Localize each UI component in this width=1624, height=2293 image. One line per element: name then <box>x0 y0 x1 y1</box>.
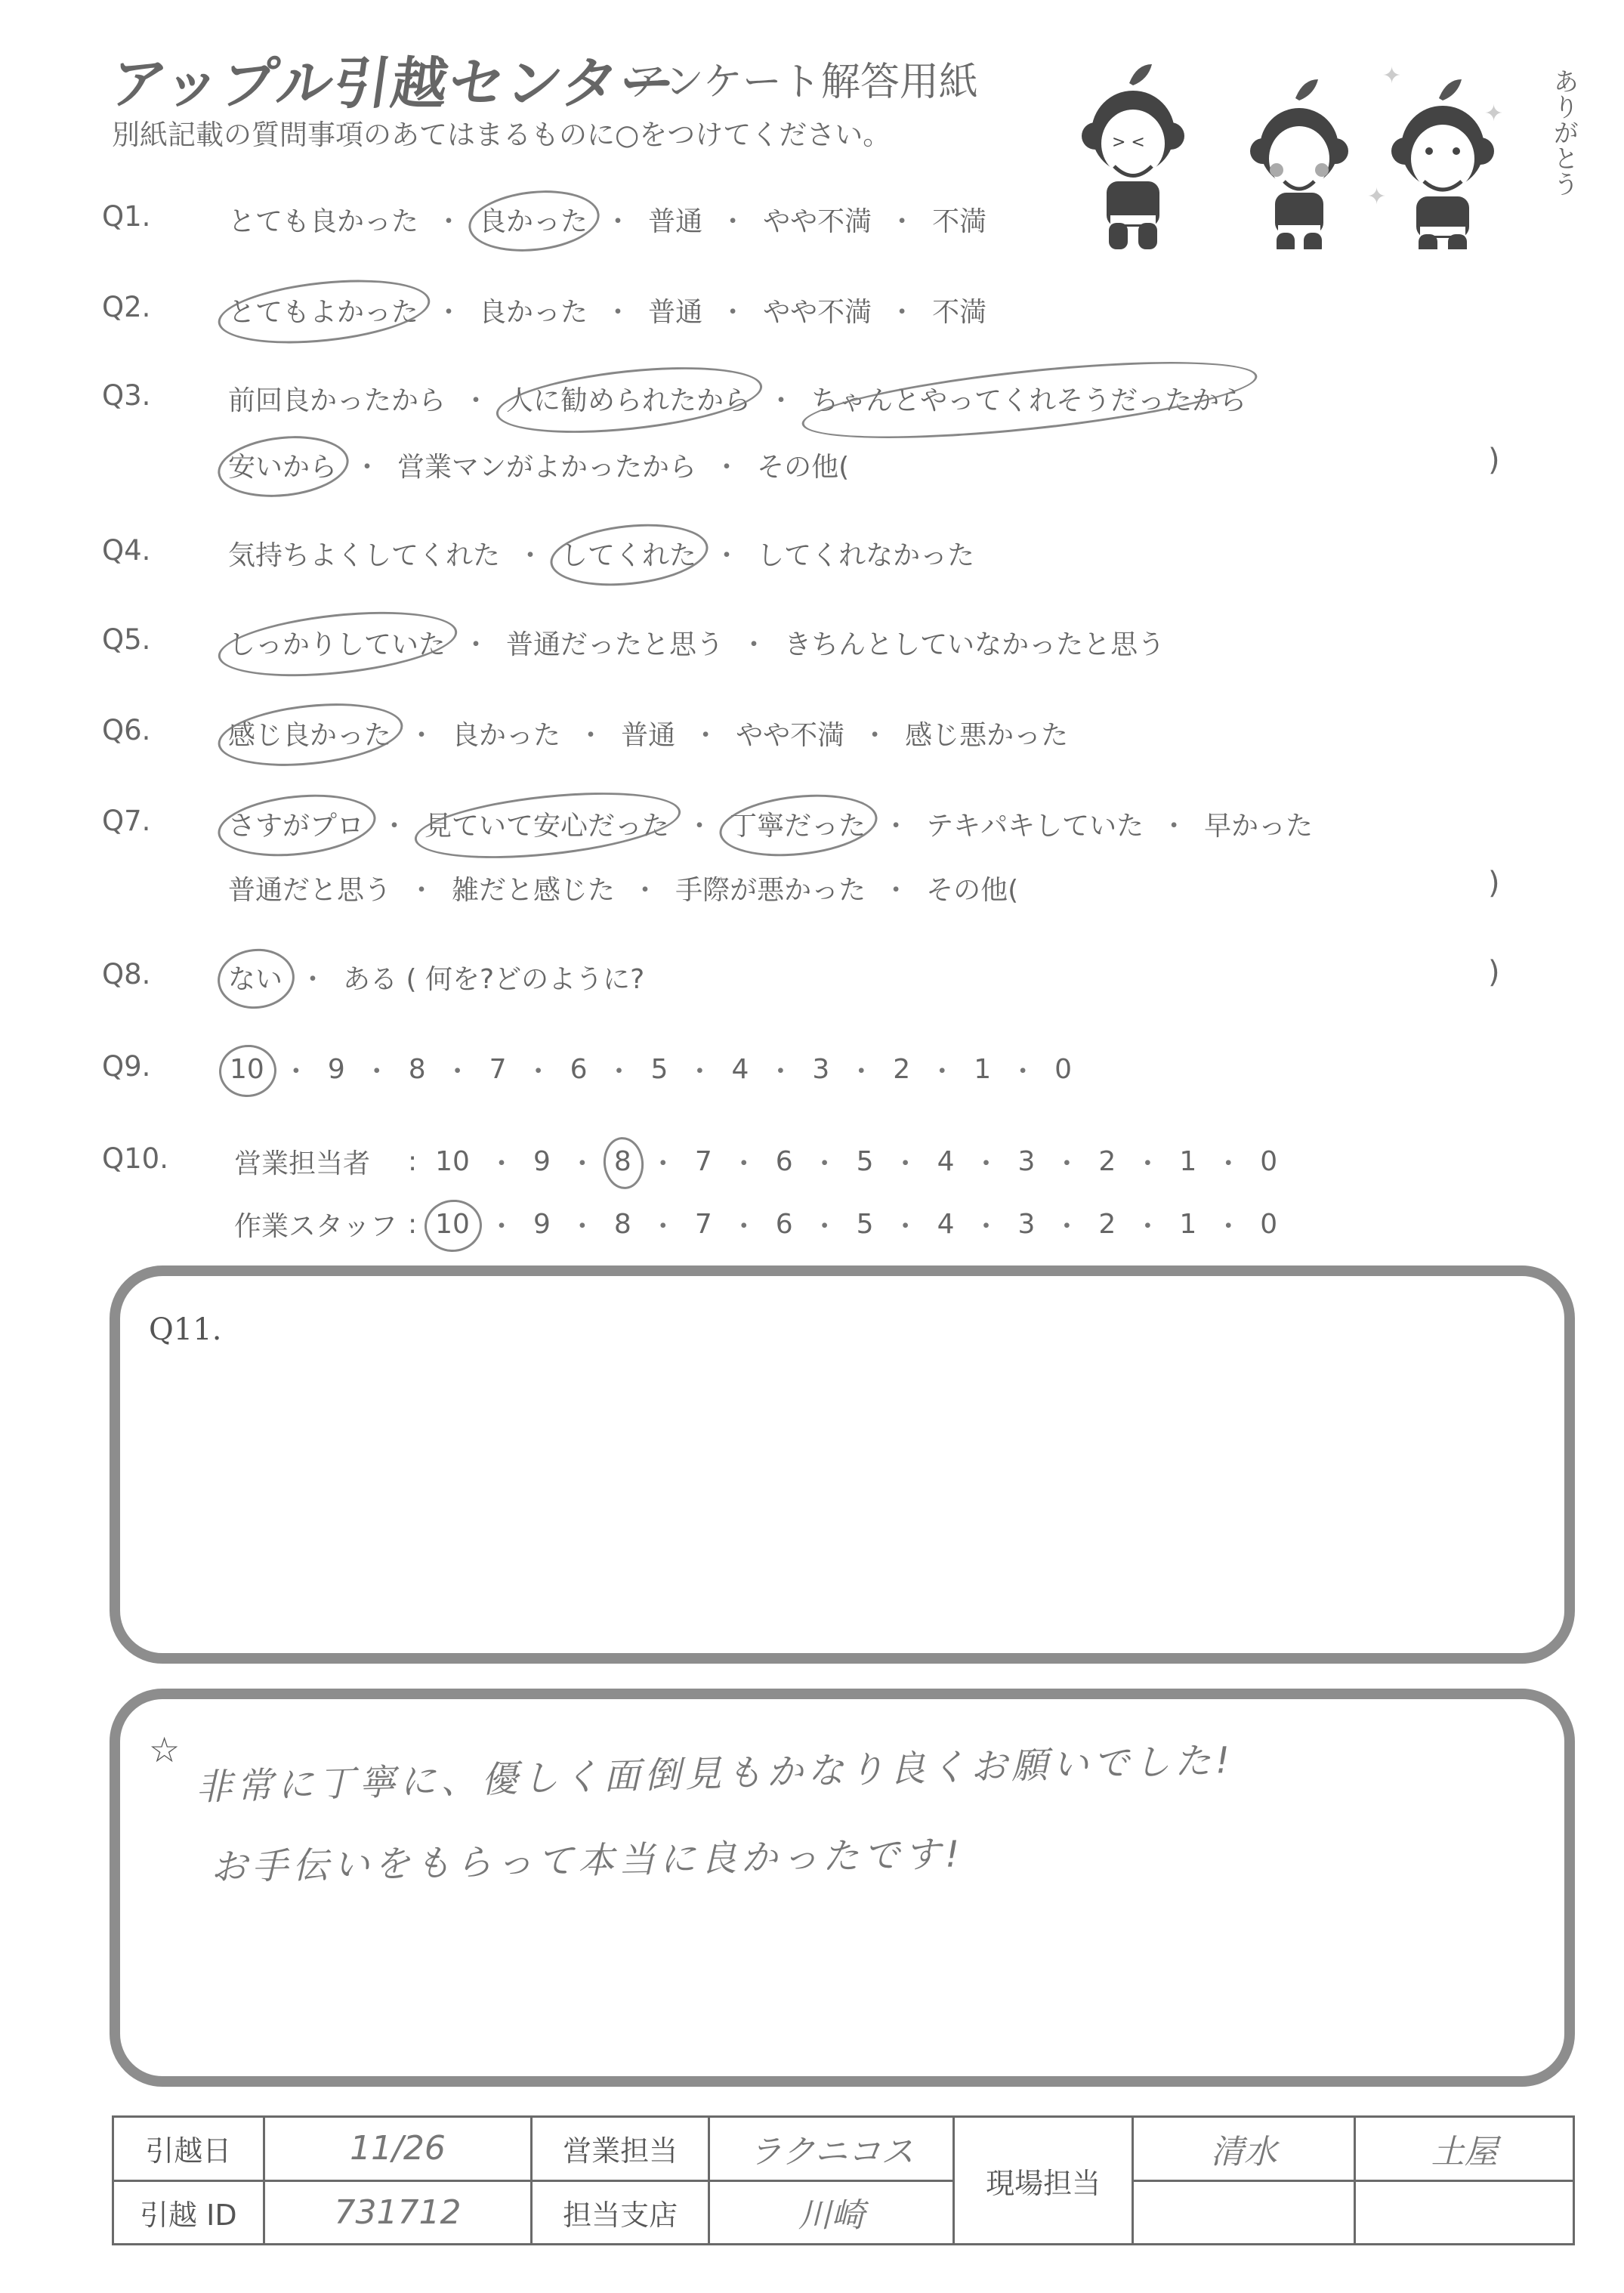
q8-label: Q8. <box>102 958 150 990</box>
q5-label: Q5. <box>102 623 150 656</box>
q6-options-row: 感じ良かった・良かった・普通・やや不満・感じ悪かった <box>225 714 1071 752</box>
sales-rep-value[interactable]: ラクニコス <box>709 2117 953 2181</box>
field-staff-3[interactable] <box>1132 2180 1355 2245</box>
score-option[interactable]: 1 <box>1176 1209 1199 1240</box>
separator-dot: ・ <box>861 714 888 752</box>
q7-options-row: さすがプロ・見ていて安心だった・丁寧だった・テキパキしていた・早かった <box>225 805 1316 843</box>
answer-option[interactable]: 良かった <box>449 714 563 752</box>
comment-line-1: 非常に丁寧に、優しく面倒見もかなり良くお願いでした! <box>195 1731 1235 1810</box>
answer-option[interactable]: 感じ悪かった <box>902 714 1071 752</box>
score-option[interactable]: 2 <box>890 1054 913 1085</box>
scale-target-label: 作業スタッフ <box>234 1205 408 1244</box>
q7-label: Q7. <box>102 805 150 837</box>
info-table: 引越日 11/26 営業担当 ラクニコス 現場担当 清水 土屋 引越 ID 73… <box>112 2115 1575 2245</box>
score-option[interactable]: 6 <box>773 1209 796 1240</box>
score-option[interactable]: 2 <box>1095 1146 1119 1177</box>
q3-options-row: 安いから・営業マンがよかったから・その他( <box>225 446 852 484</box>
sparkle-icon: ✦ <box>1484 100 1503 127</box>
answer-option[interactable]: 感じ良かった <box>225 714 394 752</box>
separator-dot: ・ <box>408 714 435 752</box>
score-option[interactable]: 1 <box>1176 1146 1199 1177</box>
score-option[interactable]: 10 <box>227 1054 267 1085</box>
answer-option[interactable]: 人に勧められたから <box>503 379 754 418</box>
answer-option[interactable]: その他( <box>923 869 1021 907</box>
q3-label: Q3. <box>102 379 150 412</box>
score-option[interactable]: 7 <box>692 1146 715 1177</box>
q6-label: Q6. <box>102 714 150 746</box>
score-option[interactable]: 8 <box>406 1054 429 1085</box>
separator-dot: ・ <box>444 1050 471 1089</box>
answer-option[interactable]: 普通だと思う <box>225 869 394 907</box>
close-paren: ) <box>1488 443 1500 477</box>
answer-option[interactable]: 安いから <box>225 446 340 484</box>
score-option[interactable]: 5 <box>854 1209 877 1240</box>
answer-option[interactable]: とてもよかった <box>225 291 421 329</box>
field-staff-2[interactable]: 土屋 <box>1355 2117 1574 2181</box>
separator-dot: ・ <box>719 200 746 239</box>
answer-option[interactable]: 良かった <box>476 291 591 329</box>
answer-option[interactable]: やや不満 <box>760 291 875 329</box>
answer-option[interactable]: 不満 <box>929 291 990 329</box>
separator-dot: ・ <box>435 200 462 239</box>
separator-dot: ・ <box>525 1050 552 1089</box>
q4-label: Q4. <box>102 534 150 567</box>
score-option[interactable]: 6 <box>773 1146 796 1177</box>
separator-dot: ・ <box>569 1205 596 1244</box>
score-option[interactable]: 3 <box>809 1054 832 1085</box>
separator-dot: ・ <box>892 1205 919 1244</box>
close-paren: ) <box>1488 866 1500 901</box>
separator-dot: ・ <box>928 1050 956 1089</box>
separator-dot: ・ <box>767 379 795 418</box>
q2-options-row: とてもよかった・良かった・普通・やや不満・不満 <box>225 291 990 329</box>
score-option[interactable]: 9 <box>325 1054 348 1085</box>
scale-target-label: 営業担当者 <box>234 1142 408 1181</box>
answer-option[interactable]: 不満 <box>929 200 990 239</box>
sparkle-icon: ✦ <box>1367 184 1386 210</box>
separator-dot: ・ <box>740 623 767 662</box>
comment-line-2: お手伝いをもらって本当に良かったです! <box>210 1825 964 1890</box>
separator-dot: ・ <box>650 1205 677 1244</box>
separator-dot: ・ <box>719 291 746 329</box>
separator-dot: ・ <box>517 534 544 573</box>
separator-dot: ・ <box>848 1050 875 1089</box>
separator-dot: ・ <box>882 869 909 907</box>
answer-option[interactable]: してくれなかった <box>754 534 977 573</box>
separator-dot: ・ <box>1160 805 1187 843</box>
separator-dot: ・ <box>488 1142 515 1181</box>
colon: : <box>408 1209 417 1240</box>
answer-option[interactable]: 気持ちよくしてくれた <box>225 534 503 573</box>
score-option[interactable]: 7 <box>692 1209 715 1240</box>
colon: : <box>408 1146 417 1177</box>
q10-label: Q10. <box>102 1142 168 1175</box>
separator-dot: ・ <box>882 805 909 843</box>
score-option[interactable]: 3 <box>1015 1209 1039 1240</box>
answer-option[interactable]: やや不満 <box>760 200 875 239</box>
q3-options-row: 前回良かったから・人に勧められたから・ちゃんとやってくれそうだったから <box>225 379 1249 418</box>
separator-dot: ・ <box>299 958 326 997</box>
answer-option[interactable]: ちゃんとやってくれそうだったから <box>808 379 1249 418</box>
answer-option[interactable]: その他( <box>754 446 852 484</box>
answer-option[interactable]: 手際が悪かった <box>672 869 869 907</box>
close-paren: ) <box>1488 955 1500 990</box>
separator-dot: ・ <box>888 291 915 329</box>
answer-option[interactable]: さすがプロ <box>225 805 367 843</box>
separator-dot: ・ <box>283 1050 310 1089</box>
score-option[interactable]: 2 <box>1095 1209 1119 1240</box>
branch-label: 担当支店 <box>532 2180 709 2245</box>
score-option[interactable]: 10 <box>432 1209 473 1240</box>
separator-dot: ・ <box>650 1142 677 1181</box>
monkey-icon <box>1391 79 1494 249</box>
separator-dot: ・ <box>730 1142 758 1181</box>
separator-dot: ・ <box>604 200 631 239</box>
comment-box[interactable]: ☆ 非常に丁寧に、優しく面倒見もかなり良くお願いでした! お手伝いをもらって本当… <box>110 1689 1575 2087</box>
answer-option[interactable]: ある ( 何を?どのように? <box>340 958 647 997</box>
q4-options-row: 気持ちよくしてくれた・してくれた・してくれなかった <box>225 534 977 573</box>
q1-label: Q1. <box>102 200 150 233</box>
separator-dot: ・ <box>381 805 408 843</box>
separator-dot: ・ <box>488 1205 515 1244</box>
separator-dot: ・ <box>686 1050 713 1089</box>
separator-dot: ・ <box>1009 1050 1036 1089</box>
score-option[interactable]: 5 <box>648 1054 672 1085</box>
monkey-icon: > < <box>1082 64 1184 249</box>
separator-dot: ・ <box>888 200 915 239</box>
q10-sales-scale: 営業担当者:10・9・8・7・6・5・4・3・2・1・0 <box>234 1142 1280 1181</box>
q9-scale: 10・9・8・7・6・5・4・3・2・1・0 <box>227 1050 1075 1089</box>
q11-label: Q11. <box>149 1312 221 1347</box>
score-option[interactable]: 9 <box>530 1146 554 1177</box>
separator-dot: ・ <box>730 1205 758 1244</box>
score-option[interactable]: 0 <box>1257 1209 1280 1240</box>
q1-options-row: とても良かった・良かった・普通・やや不満・不満 <box>225 200 990 239</box>
separator-dot: ・ <box>1053 1142 1080 1181</box>
separator-dot: ・ <box>435 291 462 329</box>
separator-dot: ・ <box>686 805 713 843</box>
field-staff-4[interactable] <box>1355 2180 1574 2245</box>
q7-options-row: 普通だと思う・雑だと感じた・手際が悪かった・その他( <box>225 869 1021 907</box>
field-staff-1[interactable]: 清水 <box>1132 2117 1355 2181</box>
q11-answer-box[interactable]: Q11. <box>110 1265 1575 1664</box>
q8-options-row: ない・ある ( 何を?どのように? <box>225 958 647 997</box>
answer-option[interactable]: してくれた <box>557 534 699 573</box>
separator-dot: ・ <box>972 1205 999 1244</box>
answer-option[interactable]: 丁寧だった <box>727 805 869 843</box>
moving-id-value[interactable]: 731712 <box>264 2180 532 2245</box>
score-option[interactable]: 3 <box>1015 1146 1039 1177</box>
answer-option[interactable]: きちんとしていなかったと思う <box>781 623 1168 662</box>
separator-dot: ・ <box>1215 1205 1242 1244</box>
separator-dot: ・ <box>713 446 740 484</box>
separator-dot: ・ <box>811 1205 838 1244</box>
separator-dot: ・ <box>354 446 381 484</box>
score-option[interactable]: 6 <box>567 1054 591 1085</box>
separator-dot: ・ <box>1215 1142 1242 1181</box>
separator-dot: ・ <box>713 534 740 573</box>
instruction-text: 別紙記載の質問事項のあてはまるものに○をつけてください。 <box>112 112 891 153</box>
separator-dot: ・ <box>1134 1205 1161 1244</box>
company-title: アップル引越センター <box>106 39 683 119</box>
score-option[interactable]: 0 <box>1257 1146 1280 1177</box>
separator-dot: ・ <box>606 1050 633 1089</box>
answer-option[interactable]: 雑だと感じた <box>449 869 618 907</box>
answer-option[interactable]: 普通 <box>618 714 678 752</box>
moving-date-value[interactable]: 11/26 <box>264 2117 532 2181</box>
separator-dot: ・ <box>892 1142 919 1181</box>
sales-rep-label: 営業担当 <box>532 2117 709 2181</box>
answer-option[interactable]: やや不満 <box>733 714 848 752</box>
answer-option[interactable]: 見ていて安心だった <box>421 805 672 843</box>
q10-staff-scale: 作業スタッフ:10・9・8・7・6・5・4・3・2・1・0 <box>234 1205 1280 1244</box>
answer-option[interactable]: 早かった <box>1201 805 1316 843</box>
separator-dot: ・ <box>604 291 631 329</box>
sparkle-icon: ✦ <box>1382 63 1401 89</box>
separator-dot: ・ <box>972 1142 999 1181</box>
score-option[interactable]: 4 <box>728 1054 752 1085</box>
q2-label: Q2. <box>102 291 150 323</box>
answer-option[interactable]: 良かった <box>476 200 591 239</box>
answer-option[interactable]: テキパキしていた <box>923 805 1147 843</box>
score-option[interactable]: 4 <box>934 1209 958 1240</box>
monkey-icon <box>1250 79 1348 249</box>
separator-dot: ・ <box>767 1050 794 1089</box>
separator-dot: ・ <box>462 623 489 662</box>
score-option[interactable]: 7 <box>486 1054 510 1085</box>
answer-option[interactable]: しっかりしていた <box>225 623 449 662</box>
branch-value[interactable]: 川崎 <box>709 2180 953 2245</box>
mascot-caption: ありがとう <box>1548 68 1579 196</box>
separator-dot: ・ <box>631 869 659 907</box>
separator-dot: ・ <box>692 714 719 752</box>
answer-option[interactable]: 普通だったと思う <box>503 623 727 662</box>
form-title: アンケート解答用紙 <box>627 50 978 107</box>
separator-dot: ・ <box>811 1142 838 1181</box>
field-staff-label: 現場担当 <box>954 2117 1133 2245</box>
score-option[interactable]: 8 <box>611 1209 634 1240</box>
q9-label: Q9. <box>102 1050 150 1083</box>
separator-dot: ・ <box>363 1050 391 1089</box>
answer-option[interactable]: 前回良かったから <box>225 379 449 418</box>
score-option[interactable]: 5 <box>854 1146 877 1177</box>
answer-option[interactable]: 普通 <box>645 200 705 239</box>
moving-date-label: 引越日 <box>113 2117 264 2181</box>
q5-options-row: しっかりしていた・普通だったと思う・きちんとしていなかったと思う <box>225 623 1168 662</box>
score-option[interactable]: 1 <box>971 1054 994 1085</box>
separator-dot: ・ <box>408 869 435 907</box>
svg-text:> <: > < <box>1112 133 1145 152</box>
moving-id-label: 引越 ID <box>113 2180 264 2245</box>
answer-option[interactable]: ない <box>225 958 286 997</box>
separator-dot: ・ <box>1053 1205 1080 1244</box>
answer-option[interactable]: 営業マンがよかったから <box>394 446 699 484</box>
star-icon: ☆ <box>149 1729 180 1770</box>
separator-dot: ・ <box>462 379 489 418</box>
separator-dot: ・ <box>1134 1142 1161 1181</box>
answer-option[interactable]: 普通 <box>645 291 705 329</box>
mascot-illustration: > < <box>1050 53 1594 249</box>
separator-dot: ・ <box>569 1142 596 1181</box>
score-option[interactable]: 9 <box>530 1209 554 1240</box>
score-option[interactable]: 10 <box>432 1146 473 1177</box>
score-option[interactable]: 0 <box>1051 1054 1075 1085</box>
score-option[interactable]: 8 <box>611 1146 634 1177</box>
separator-dot: ・ <box>577 714 604 752</box>
score-option[interactable]: 4 <box>934 1146 958 1177</box>
answer-option[interactable]: とても良かった <box>225 200 421 239</box>
